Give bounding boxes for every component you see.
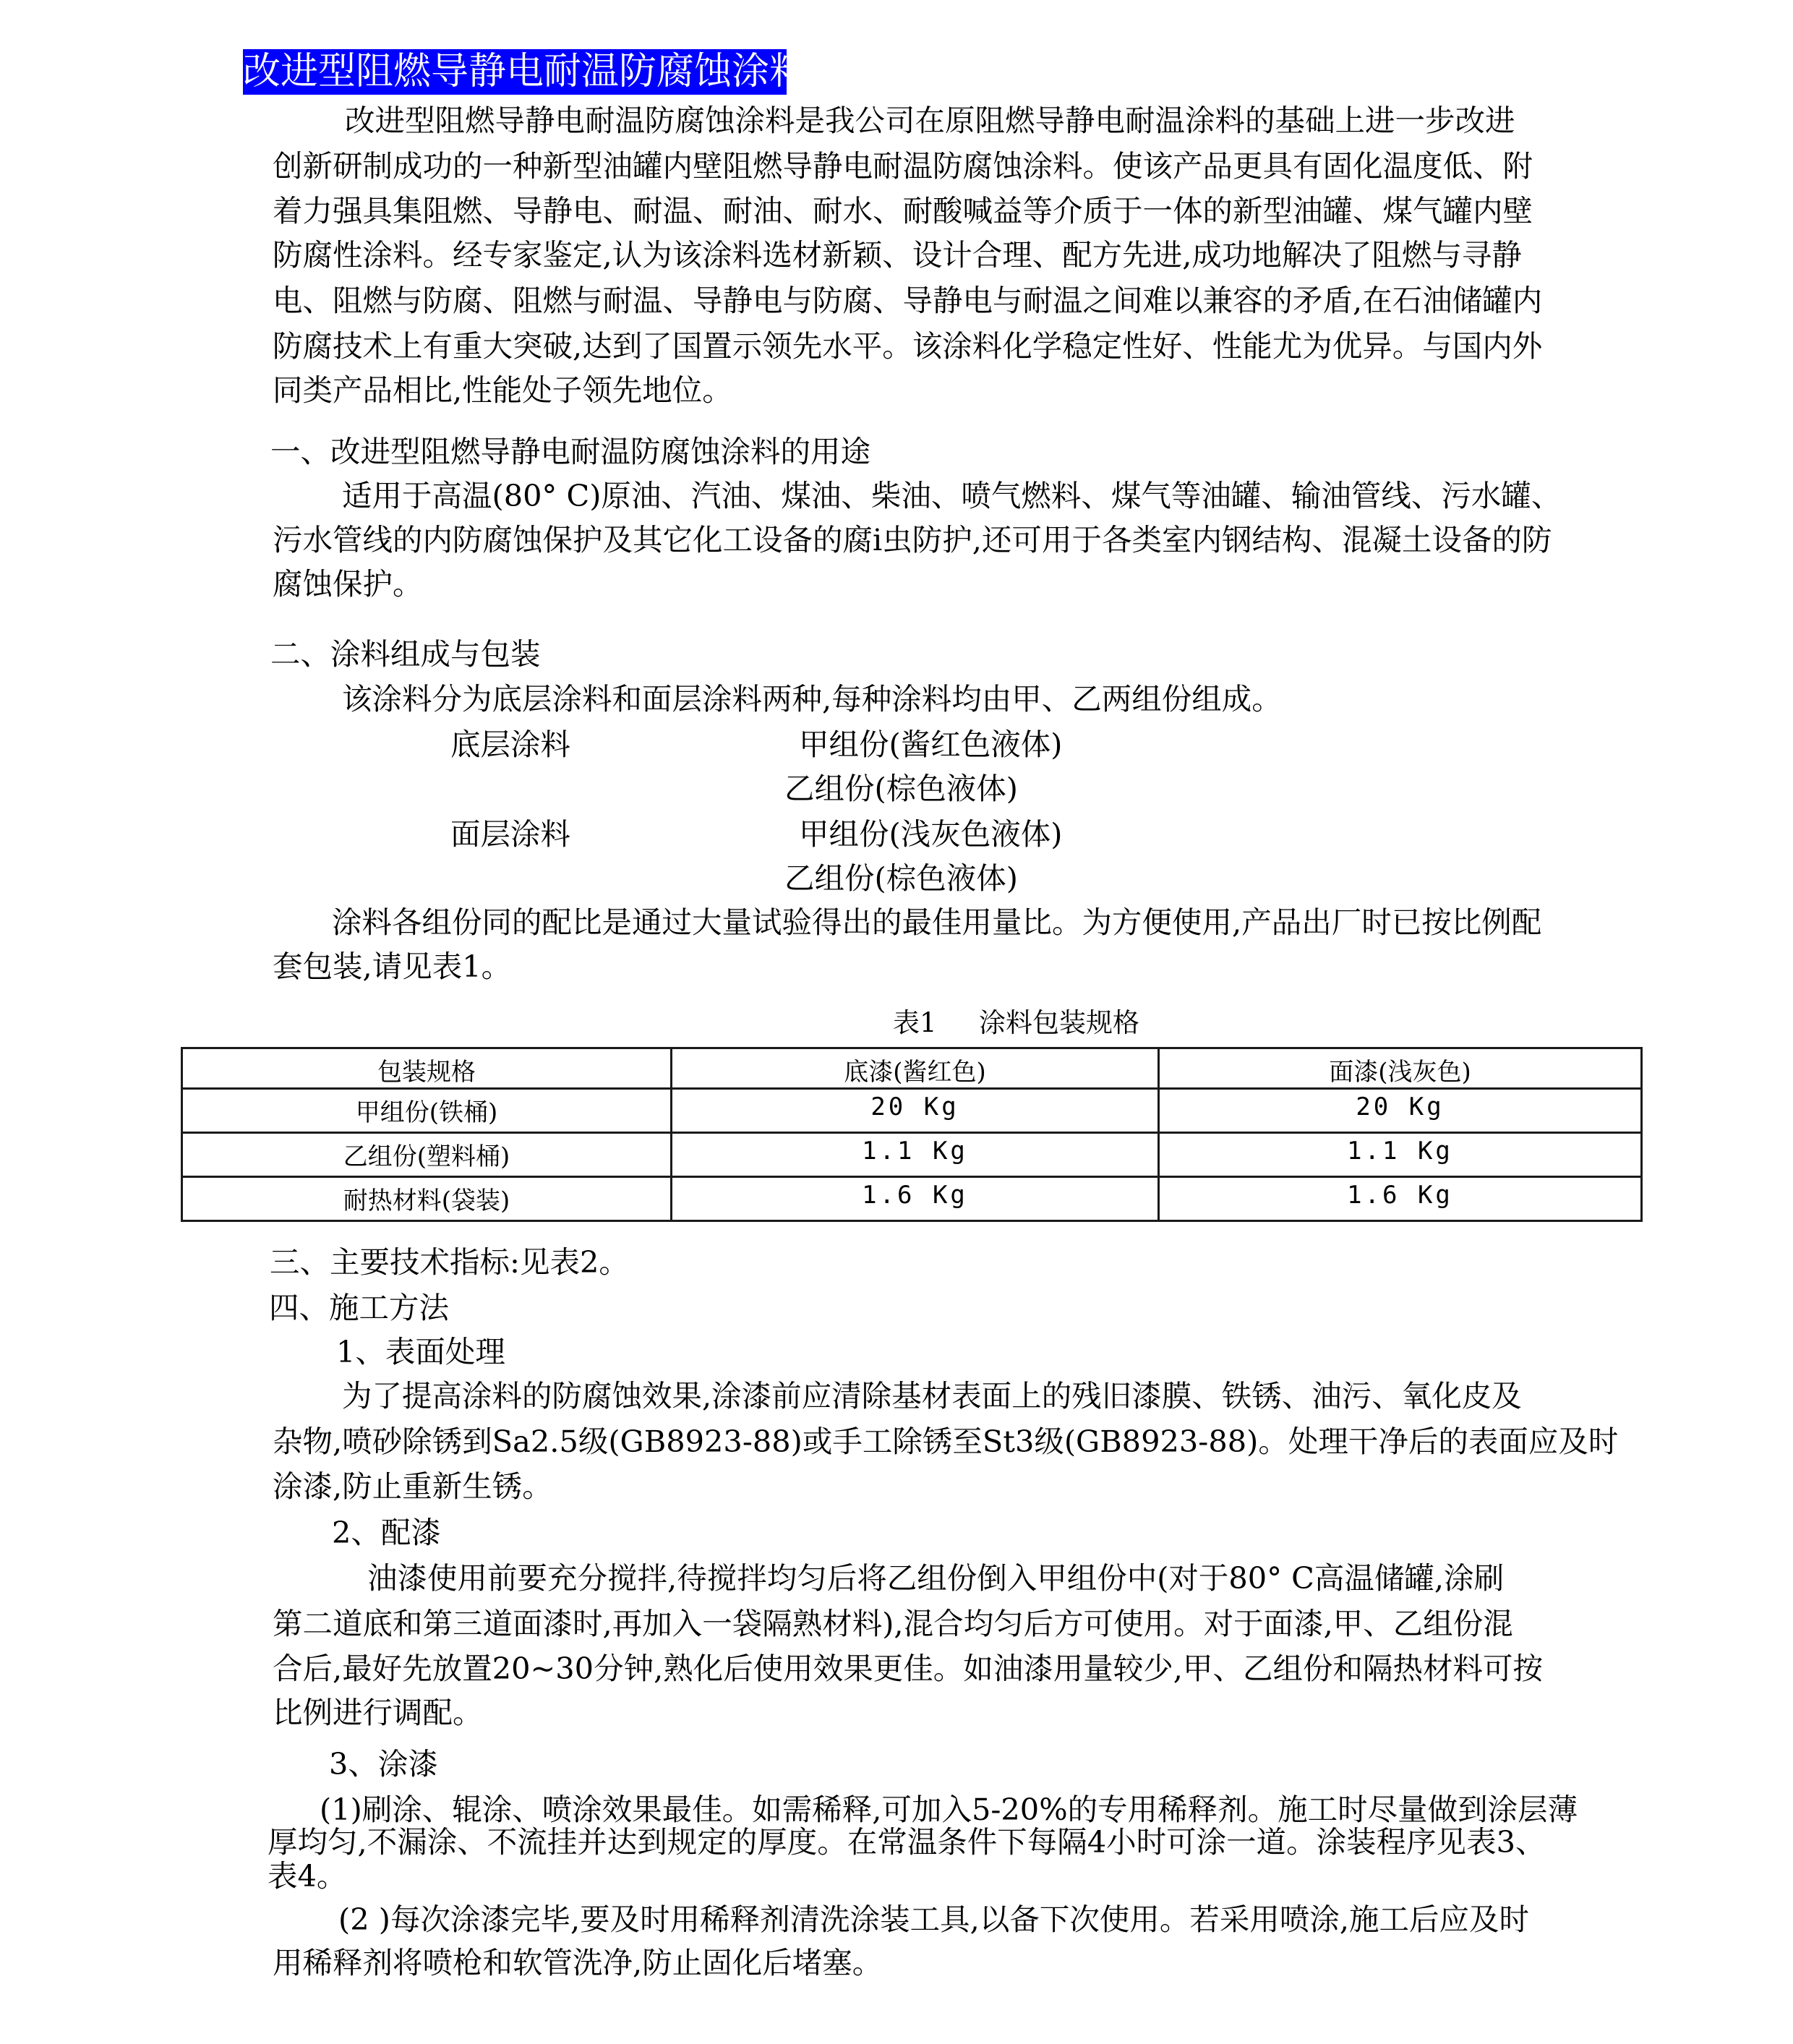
table-header-cell: 底漆(酱红色): [672, 1048, 1159, 1089]
table-header-cell: 包装规格: [182, 1048, 672, 1089]
intro-line: 改进型阻燃导静电耐温防腐蚀涂料是我公司在原阻燃导静电耐温涂料的基础上进一步改进: [345, 99, 1515, 142]
intro-line: 防腐性涂料。经专家鉴定,认为该涂料选材新颖、设计合理、配方先进,成功地解决了阻燃…: [273, 234, 1522, 277]
mixing-line: 比例进行调配。: [273, 1691, 483, 1735]
table-caption-title: 涂料包装规格: [979, 1005, 1139, 1041]
mixing-line: 油漆使用前要充分搅拌,待搅拌均匀后将乙组份倒入甲组份中(对于80° C高温储罐,…: [367, 1557, 1504, 1600]
subsection-heading-surface: 1、表面处理: [336, 1330, 505, 1374]
table-cell: 20 Kg: [672, 1089, 1159, 1133]
subsection-heading-mixing: 2、配漆: [332, 1511, 441, 1555]
composition-part-a: 甲组份(浅灰色液体): [799, 813, 1062, 856]
table-cell: 20 Kg: [1159, 1089, 1642, 1133]
surface-line: 为了提高涂料的防腐蚀效果,涂漆前应清除基材表面上的残旧漆膜、铁锈、油污、氧化皮及: [342, 1374, 1522, 1418]
table-cell: 乙组份(塑料桶): [182, 1133, 672, 1177]
section-1-heading: 一、改进型阻燃导静电耐温防腐蚀涂料的用途: [270, 430, 870, 474]
composition-part-a: 甲组份(酱红色液体): [799, 723, 1062, 766]
mixing-line: 第二道底和第三道面漆时,再加入一袋隔熟材料),混合均匀后方可使用。对于面漆,甲、…: [273, 1602, 1513, 1646]
table-row: 乙组份(塑料桶) 1.1 Kg 1.1 Kg: [182, 1133, 1642, 1177]
table-header-cell: 面漆(浅灰色): [1159, 1048, 1642, 1089]
ratio-line: 涂料各组份同的配比是通过大量试验得出的最佳用量比。为方便使用,产品出厂时已按比例…: [332, 901, 1541, 944]
table-header-row: 包装规格 底漆(酱红色) 面漆(浅灰色): [182, 1048, 1642, 1089]
table-cell: 1.1 Kg: [672, 1133, 1159, 1177]
packaging-spec-table: 包装规格 底漆(酱红色) 面漆(浅灰色) 甲组份(铁桶) 20 Kg 20 Kg…: [181, 1047, 1643, 1222]
table-row: 甲组份(铁桶) 20 Kg 20 Kg: [182, 1089, 1642, 1133]
section-1-line: 适用于高温(80° C)原油、汽油、煤油、柴油、喷气燃料、煤气等油罐、输油管线、…: [342, 474, 1561, 518]
section-4-heading: 四、施工方法: [269, 1286, 449, 1330]
surface-line: 杂物,喷砂除锈到Sa2.5级(GB8923-88)或手工除锈至St3级(GB89…: [273, 1420, 1618, 1463]
section-1-line: 污水管线的内防腐蚀保护及其它化工设备的腐i虫防护,还可用于各类室内钢结构、混凝土…: [273, 518, 1552, 562]
section-1-line: 腐蚀保护。: [273, 563, 423, 606]
table-cell: 耐热材料(袋装): [182, 1177, 672, 1221]
section-3-heading: 三、主要技术指标:见表2。: [270, 1241, 629, 1284]
intro-line: 防腐技术上有重大突破,达到了国置示领先水平。该涂料化学稳定性好、性能尤为优异。与…: [273, 325, 1542, 368]
coating-item-1-line: 厚均匀,不漏涂、不流挂并达到规定的厚度。在常温条件下每隔4小时可涂一道。涂装程序…: [268, 1821, 1546, 1864]
mixing-line: 合后,最好先放置20~30分钟,熟化后使用效果更佳。如油漆用量较少,甲、乙组份和…: [273, 1647, 1543, 1690]
coating-item-1-line: 表4。: [268, 1855, 346, 1898]
composition-part-b: 乙组份(棕色液体): [784, 767, 1018, 811]
coating-item-2-line: 用稀释剂将喷枪和软管洗净,防止固化后堵塞。: [273, 1941, 882, 1985]
table-caption-number: 表1: [893, 1005, 937, 1041]
composition-part-b: 乙组份(棕色液体): [784, 857, 1018, 900]
ratio-line: 套包装,请见表1。: [273, 945, 511, 988]
document-title-banner: 改进型阻燃导静电耐温防腐蚀涂料: [243, 49, 787, 95]
table-cell: 甲组份(铁桶): [182, 1089, 672, 1133]
table-row: 耐热材料(袋装) 1.6 Kg 1.6 Kg: [182, 1177, 1642, 1221]
subsection-heading-coating: 3、涂漆: [329, 1742, 438, 1786]
intro-line: 同类产品相比,性能处子领先地位。: [273, 369, 732, 412]
section-2-heading: 二、涂料组成与包装: [270, 633, 541, 676]
coating-item-2-line: (2 )每次涂漆完毕,要及时用稀释剂清洗涂装工具,以备下次使用。若采用喷涂,施工…: [338, 1898, 1529, 1941]
table-cell: 1.6 Kg: [672, 1177, 1159, 1221]
table-cell: 1.1 Kg: [1159, 1133, 1642, 1177]
intro-line: 创新研制成功的一种新型油罐内壁阻燃导静电耐温防腐蚀涂料。使该产品更具有固化温度低…: [273, 145, 1533, 188]
table-cell: 1.6 Kg: [1159, 1177, 1642, 1221]
composition-coat-label: 面层涂料: [450, 813, 570, 856]
section-2-intro: 该涂料分为底层涂料和面层涂料两种,每种涂料均由甲、乙两组份组成。: [342, 677, 1282, 721]
surface-line: 涂漆,防止重新生锈。: [273, 1465, 552, 1508]
intro-line: 着力强具集阻燃、导静电、耐温、耐油、耐水、耐酸喊益等介质于一体的新型油罐、煤气罐…: [273, 189, 1533, 233]
intro-line: 电、阻燃与防腐、阻燃与耐温、导静电与防腐、导静电与耐温之间难以兼容的矛盾,在石油…: [273, 279, 1542, 322]
composition-coat-label: 底层涂料: [450, 723, 570, 766]
